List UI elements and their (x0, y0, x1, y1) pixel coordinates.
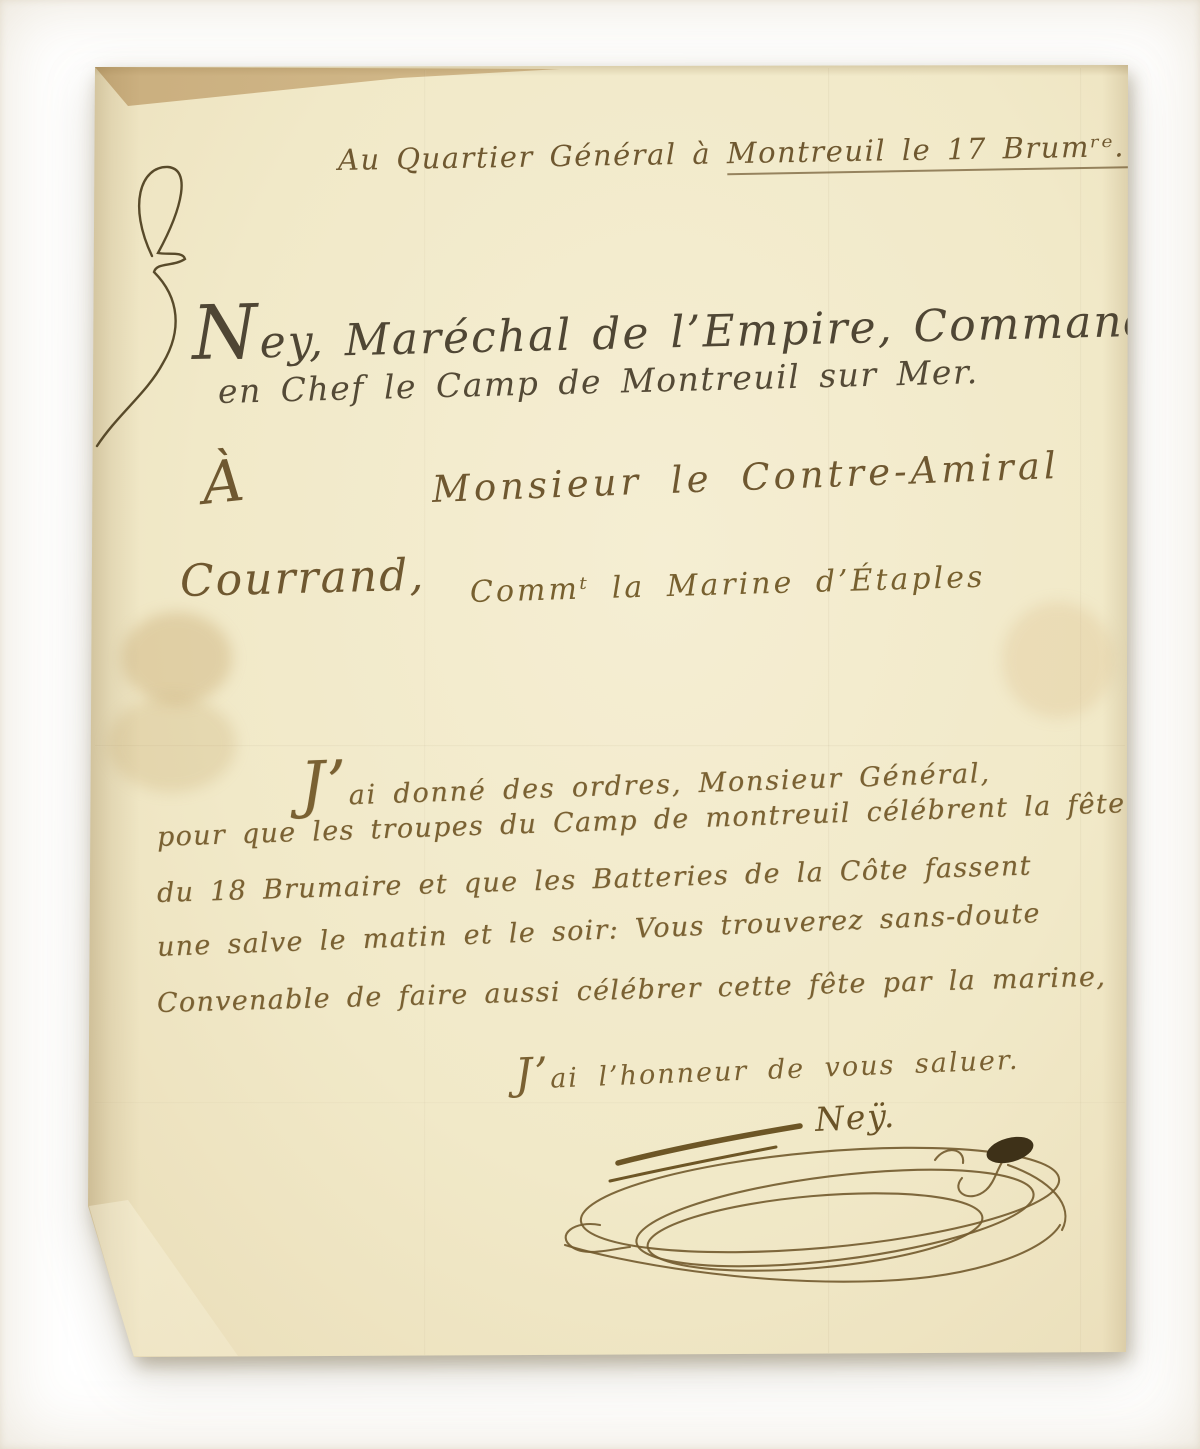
ink-blot (984, 1132, 1037, 1168)
photo-backdrop: Au Quartier Général à Montreuil le 17 Br… (0, 0, 1200, 1449)
recipient-line-1: Monsieur le Contre-Amiral (431, 444, 1060, 511)
body-line-3: du 18 Brumaire et que les Batteries de l… (157, 851, 1033, 909)
vertical-crease-left (424, 70, 426, 1355)
signature-underline-flourish-icon (610, 1126, 800, 1181)
top-edge-shading (90, 62, 1130, 76)
dateline-underlined: Montreuil le 17 Brumʳᵉ. An 13 (727, 127, 1200, 175)
stain-left-upper (122, 612, 232, 704)
body-line-5: Convenable de faire aussi célébrer cette… (157, 961, 1107, 1018)
closing-line: J’ai l’honneur de vous saluer. (514, 1030, 1020, 1100)
salutation-initial: À (198, 446, 247, 518)
right-edge-shading (1102, 60, 1128, 1360)
dateline: Au Quartier Général à Montreuil le 17 Br… (338, 127, 1200, 177)
paper-shadow: Au Quartier Général à Montreuil le 17 Br… (0, 0, 1200, 1449)
dateline-prefix: Au Quartier Général à (338, 136, 727, 177)
recipient-title: Commᵗ la Marine d’Étaples (469, 560, 985, 610)
stain-left-lower (108, 696, 236, 792)
stain-right (1002, 602, 1114, 718)
letter-paper: Au Quartier Général à Montreuil le 17 Br… (0, 0, 1200, 1449)
vertical-crease-center (828, 68, 830, 1353)
horizontal-crease-lower (95, 1102, 1125, 1104)
recipient-name: Courrand, (179, 550, 426, 607)
signature-paraph-flourish-icon (565, 1131, 1065, 1284)
body-line-4: une salve le matin et le soir: Vous trou… (156, 898, 1041, 963)
signature-name: Neÿ. (814, 1096, 897, 1139)
